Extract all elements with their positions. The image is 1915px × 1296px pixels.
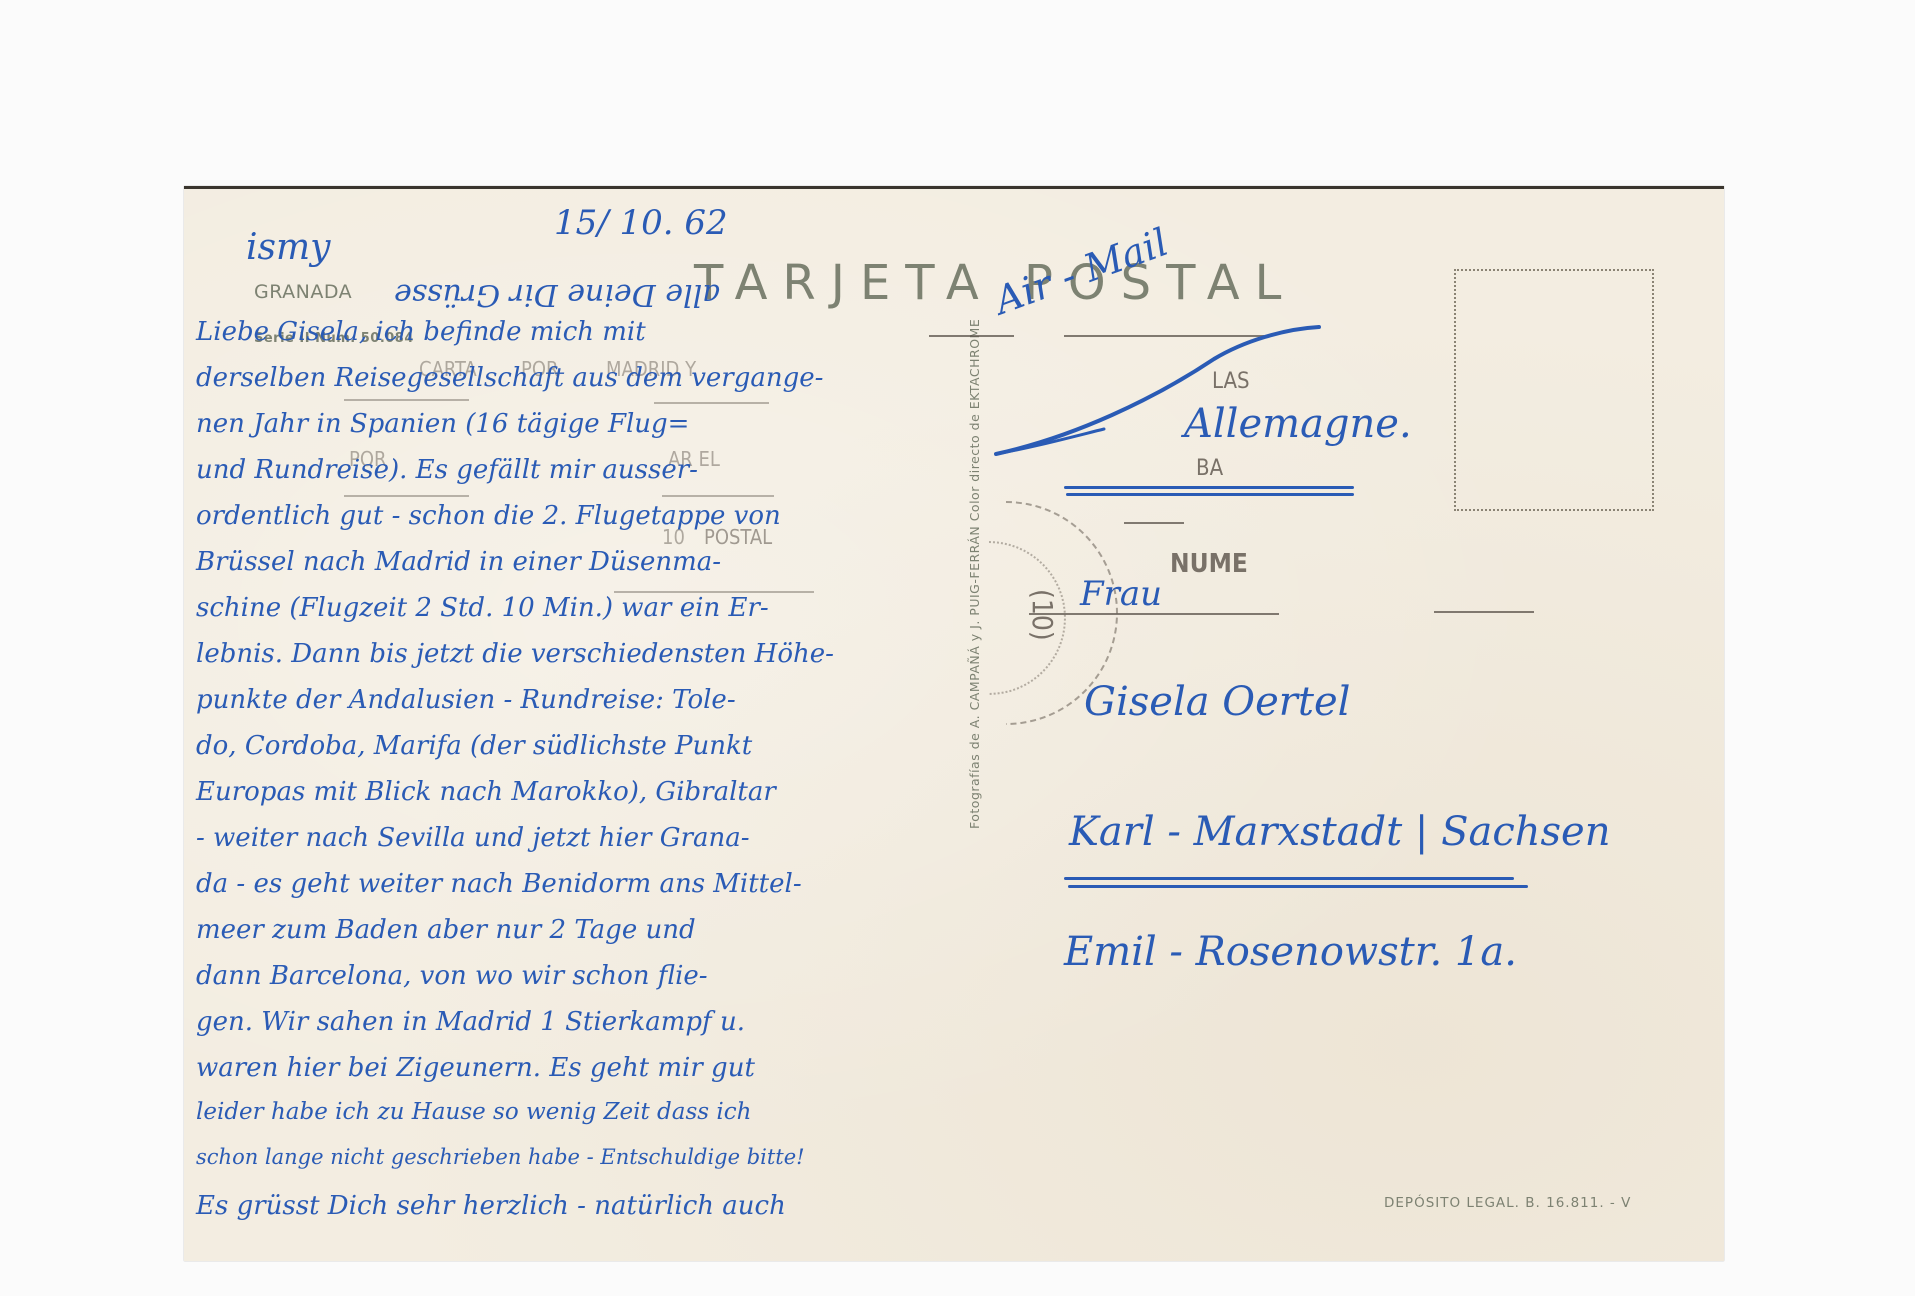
recipient-salutation: Frau [1080,574,1162,614]
message-line: nen Jahr in Spanien (16 tägige Flug= [196,411,689,437]
recipient-name: Gisela Oertel [1084,679,1350,725]
destination-country: Allemagne. [1184,401,1412,447]
message-line: - weiter nach Sevilla und jetzt hier Gra… [196,825,750,851]
slogan-rule-4 [662,495,774,497]
message-line: derselben Reisegesellschaft aus dem verg… [196,365,823,391]
photo-credit: Fotografías de A. CAMPAÑÁ y J. PUIG-FERR… [967,319,982,829]
deposito-legal: DEPÓSITO LEGAL. B. 16.811. - V [1384,1195,1631,1211]
message-line: meer zum Baden aber nur 2 Tage und [196,917,696,943]
postmark-nume: NUME [1170,549,1248,579]
country-underline [1064,486,1354,489]
postcard-back: TARJETA POSTAL GRANADA Serie II Núm. 50.… [184,186,1724,1261]
message-line: schon lange nicht geschrieben habe - Ent… [196,1147,805,1168]
city-underline [1064,877,1514,880]
postmark-ba: BA [1196,456,1223,481]
recipient-city: Karl - Marxstadt | Sachsen [1069,809,1610,855]
message-line: Es grüsst Dich sehr herzlich - natürlich… [196,1193,786,1219]
address-rule-5 [1434,611,1534,613]
message-line: gen. Wir sahen in Madrid 1 Stierkampf u. [196,1009,745,1035]
message-line: punkte der Andalusien - Rundreise: Tole- [196,687,736,713]
message-line: do, Cordoba, Marifa (der südlichste Punk… [196,733,752,759]
postmark-date: (10) [1026,589,1059,641]
city-underline-2 [1068,885,1528,888]
city-caption: GRANADA [254,281,352,303]
message-line: schine (Flugzeit 2 Std. 10 Min.) war ein… [196,595,769,621]
message-line: und Rundreise). Es gefällt mir ausser- [196,457,698,483]
address-rule-3 [1124,522,1184,524]
slogan-rule-1 [344,399,469,401]
country-underline-2 [1066,493,1354,496]
message-line: Brüssel nach Madrid in einer Düsenma- [196,549,721,575]
handwritten-date: 15/ 10. 62 [554,203,728,243]
slogan-rule-2 [654,402,769,404]
message-line: da - es geht weiter nach Benidorm ans Mi… [196,871,802,897]
message-line: lebnis. Dann bis jetzt die verschiedenst… [196,641,834,667]
handwritten-scribble: ismy [246,227,330,268]
message-line: waren hier bei Zigeunern. Es geht mir gu… [196,1055,755,1081]
message-line: leider habe ich zu Hause so wenig Zeit d… [196,1101,751,1124]
message-line: Liebe Gisela, ich befinde mich mit [196,319,646,345]
stamp-placement-box [1454,269,1654,511]
recipient-street: Emil - Rosenowstr. 1a. [1064,929,1517,975]
message-line: ordentlich gut - schon die 2. Flugetappe… [196,503,781,529]
upside-down-greeting: alle Deine Dir Grüsse [394,277,720,312]
message-line: dann Barcelona, von wo wir schon flie- [196,963,708,989]
slogan-rule-3 [344,495,469,497]
message-line: Europas mit Blick nach Marokko), Gibralt… [196,779,776,805]
